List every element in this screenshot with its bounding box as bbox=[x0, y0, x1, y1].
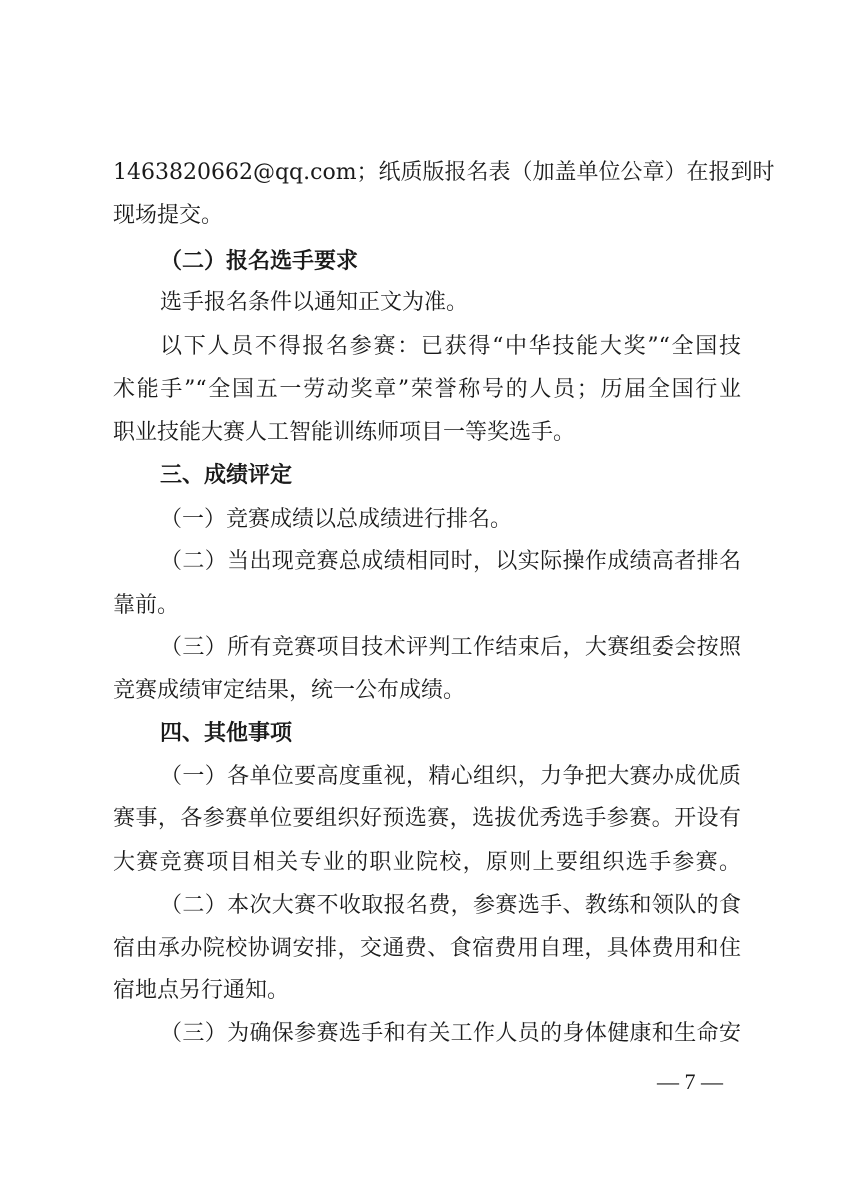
section-heading: 四、其他事项 bbox=[160, 719, 741, 749]
text-line: （三）所有竞赛项目技术评判工作结束后，大赛组委会按照 bbox=[160, 633, 741, 663]
text-line: 1463820662@qq.com；纸质版报名表（加盖单位公章）在报到时 bbox=[113, 158, 741, 188]
text-line: 赛事，各参赛单位要组织好预选赛，选拔优秀选手参赛。开设有 bbox=[113, 804, 741, 834]
text-line: 大赛竞赛项目相关专业的职业院校，原则上要组织选手参赛。 bbox=[113, 848, 741, 878]
text-line: 现场提交。 bbox=[113, 201, 741, 231]
text-line: 选手报名条件以通知正文为准。 bbox=[160, 288, 741, 318]
text-line: 以下人员不得报名参赛：已获得“中华技能大奖”“全国技 bbox=[160, 332, 741, 362]
text-line: 宿地点另行通知。 bbox=[113, 976, 741, 1006]
text-line: （一）竞赛成绩以总成绩进行排名。 bbox=[160, 505, 741, 535]
text-line: 宿由承办院校协调安排，交通费、食宿费用自理，具体费用和住 bbox=[113, 934, 741, 964]
text-line: （二）当出现竞赛总成绩相同时，以实际操作成绩高者排名 bbox=[160, 547, 741, 577]
text-line: 术能手”“全国五一劳动奖章”荣誉称号的人员；历届全国行业 bbox=[113, 375, 741, 405]
document-page: 1463820662@qq.com；纸质版报名表（加盖单位公章）在报到时现场提交… bbox=[0, 0, 848, 1200]
subsection-heading: （二）报名选手要求 bbox=[160, 246, 741, 276]
text-line: （三）为确保参赛选手和有关工作人员的身体健康和生命安 bbox=[160, 1019, 741, 1049]
text-line: 靠前。 bbox=[113, 591, 741, 621]
page-number: — 7 — bbox=[620, 1069, 760, 1095]
text-line: （二）本次大赛不收取报名费，参赛选手、教练和领队的食 bbox=[160, 891, 741, 921]
text-line: 竞赛成绩审定结果，统一公布成绩。 bbox=[113, 676, 741, 706]
text-line: （一）各单位要高度重视，精心组织，力争把大赛办成优质 bbox=[160, 762, 741, 792]
text-line: 职业技能大赛人工智能训练师项目一等奖选手。 bbox=[113, 418, 741, 448]
section-heading: 三、成绩评定 bbox=[160, 461, 741, 491]
